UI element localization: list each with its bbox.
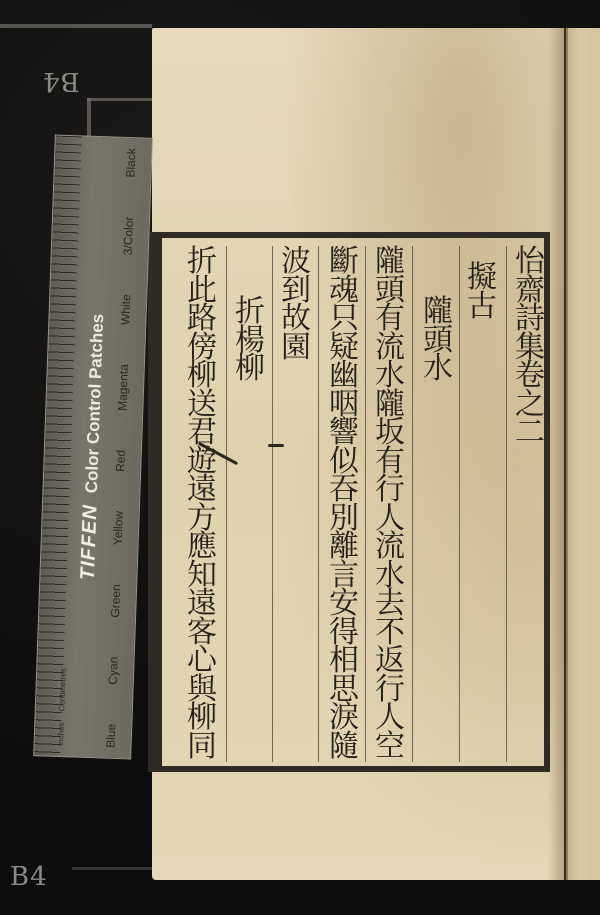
glyph: 空 — [375, 733, 405, 762]
patch-label: White — [118, 294, 133, 325]
centimetres-label: Centimetres — [57, 668, 67, 711]
strip-title: Color Control Patches — [82, 313, 107, 493]
glyph: 古 — [467, 293, 497, 322]
text-frame: 怡齋詩集卷之二 擬古 隴頭水 隴頭有流水隴坂有行人流水去不返行人空 斷魂只疑幽咽… — [148, 232, 550, 772]
volume-title: 怡齋詩集卷之二 — [510, 248, 550, 448]
glyph: 同 — [187, 733, 217, 762]
next-page-edge — [566, 28, 600, 880]
poem-line: 波到故園 — [274, 248, 318, 362]
poem-line: 隴頭有流水隴坂有行人流水去不返行人空 — [368, 248, 412, 761]
poem-line: 斷魂只疑幽咽響似吞別離言安得相思淚隨 — [322, 248, 366, 761]
guide-line-bottom — [72, 867, 152, 870]
patch-label: Yellow — [111, 511, 126, 546]
tiffen-logo: TIFFEN — [77, 504, 102, 581]
column-rule — [226, 246, 227, 762]
target-label-bottom: B4 — [10, 862, 48, 892]
patch-label: Red — [113, 450, 128, 472]
column-rule — [506, 246, 507, 762]
ink-stroke — [268, 444, 284, 447]
target-label-top: B4 — [42, 66, 80, 96]
section-heading: 擬古 — [460, 264, 504, 321]
patch-label: Green — [108, 584, 123, 618]
column-rule — [412, 246, 413, 762]
glyph: 園 — [281, 334, 311, 363]
guide-line-mid — [87, 98, 152, 101]
patch-label: Cyan — [106, 656, 121, 684]
patch-label: Magenta — [115, 364, 131, 411]
page-gutter-shadow — [548, 28, 566, 880]
poem-title: 折楊柳 — [228, 298, 272, 384]
guide-line-top — [0, 24, 152, 28]
patch-label: Blue — [104, 724, 119, 749]
inches-label: Inches — [56, 722, 66, 746]
glyph: 柳 — [235, 355, 265, 384]
poem-title: 隴頭水 — [416, 298, 460, 384]
patch-label: 3/Color — [121, 216, 136, 255]
poem-line: 折此路傍柳送君遊遠方應知遠客心與柳同 — [180, 248, 224, 761]
glyph: 水 — [423, 355, 453, 384]
column-rule — [272, 246, 273, 762]
patch-label: Black — [123, 148, 138, 178]
guide-line-vertical — [87, 98, 91, 138]
glyph: 二 — [515, 419, 545, 448]
glyph: 隨 — [329, 733, 359, 762]
column-rule — [318, 246, 319, 762]
